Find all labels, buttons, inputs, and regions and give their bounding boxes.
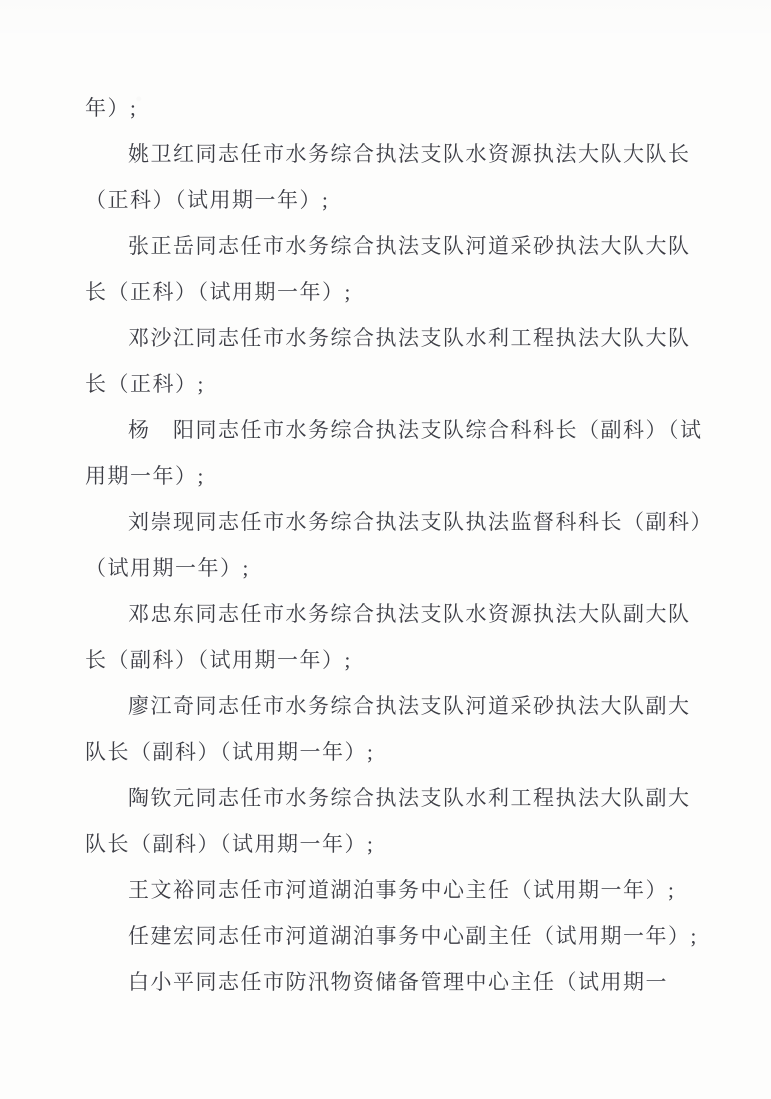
text-line: 张正岳同志任市水务综合执法支队河道采砂执法大队大队 bbox=[85, 223, 695, 269]
text-line: 白小平同志任市防汛物资储备管理中心主任（试用期一 bbox=[85, 959, 695, 1005]
text-line: 长（正科）; bbox=[85, 361, 695, 407]
text-line: （试用期一年）; bbox=[85, 545, 695, 591]
text-line: 杨 阳同志任市水务综合执法支队综合科科长（副科）（试 bbox=[85, 407, 695, 453]
text-line: 用期一年）; bbox=[85, 453, 695, 499]
text-line: 王文裕同志任市河道湖泊事务中心主任（试用期一年）; bbox=[85, 867, 695, 913]
text-line: 长（副科）（试用期一年）; bbox=[85, 637, 695, 683]
text-line: 长（正科）（试用期一年）; bbox=[85, 269, 695, 315]
text-line: 邓忠东同志任市水务综合执法支队水资源执法大队副大队 bbox=[85, 591, 695, 637]
text-line: 队长（副科）（试用期一年）; bbox=[85, 729, 695, 775]
text-line: （正科）（试用期一年）; bbox=[85, 177, 695, 223]
text-line: 队长（副科）（试用期一年）; bbox=[85, 821, 695, 867]
document-page: 年）;姚卫红同志任市水务综合执法支队水资源执法大队大队长（正科）（试用期一年）;… bbox=[0, 0, 771, 1099]
text-line: 刘崇现同志任市水务综合执法支队执法监督科科长（副科） bbox=[85, 499, 695, 545]
text-line: 邓沙江同志任市水务综合执法支队水利工程执法大队大队 bbox=[85, 315, 695, 361]
text-line: 姚卫红同志任市水务综合执法支队水资源执法大队大队长 bbox=[85, 131, 695, 177]
text-line: 廖江奇同志任市水务综合执法支队河道采砂执法大队副大 bbox=[85, 683, 695, 729]
document-body: 年）;姚卫红同志任市水务综合执法支队水资源执法大队大队长（正科）（试用期一年）;… bbox=[85, 85, 695, 1005]
text-line: 年）; bbox=[85, 85, 695, 131]
text-line: 任建宏同志任市河道湖泊事务中心副主任（试用期一年）; bbox=[85, 913, 695, 959]
text-line: 陶钦元同志任市水务综合执法支队水利工程执法大队副大 bbox=[85, 775, 695, 821]
